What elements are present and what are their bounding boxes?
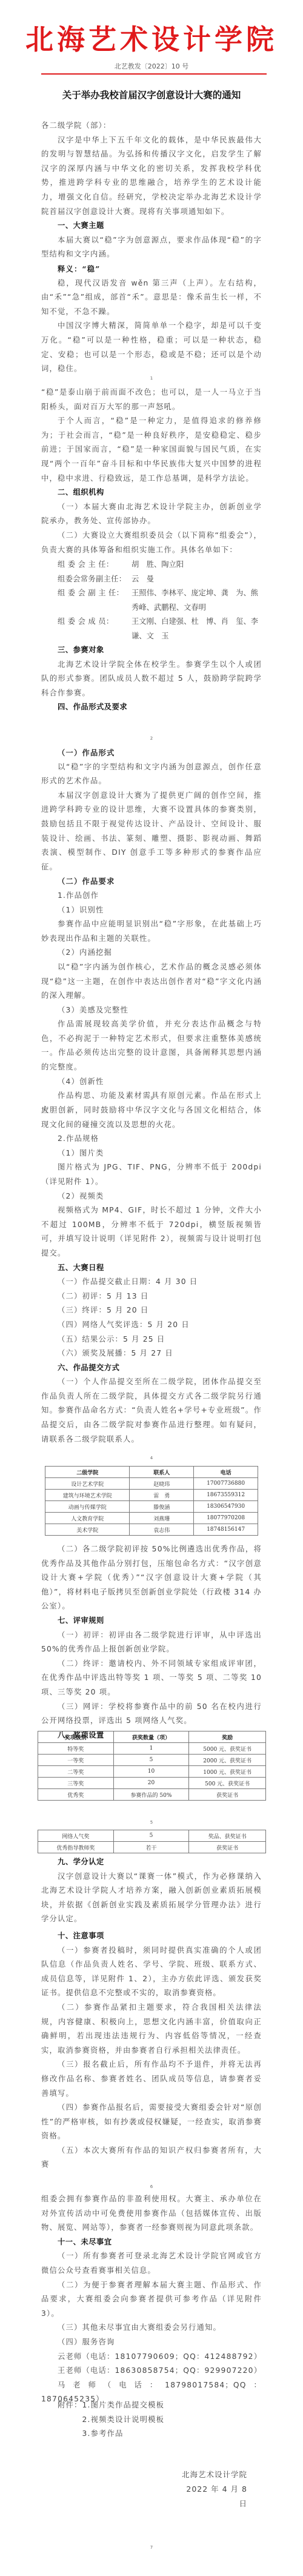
cell-award-count: 10	[113, 1766, 189, 1778]
req-innovation-heading: （4）创新性	[41, 1075, 262, 1089]
notes-item: （三）报名截止后，所有作品均不予退件，并将无法再修改作品名称、参赛者姓名、团队成…	[41, 2058, 262, 2101]
section-heading-credits: 九、学分认定	[41, 1855, 262, 1870]
table-row: 人文教育学院 刘燕珊 18077970208	[45, 1513, 258, 1524]
attachment-item: 3.参考作品	[82, 2427, 165, 2441]
misc-item: （三）其他未尽事宜由大赛组委会另行通知。	[41, 2321, 262, 2335]
notes-item-cont: 组委会拥有参赛作品的非盈利使用权。大赛主、承办单位在对外宣传活动中可免费使用参赛…	[41, 2192, 262, 2235]
table-header-row: 二级学院 联系人 电话	[45, 1467, 258, 1478]
page-number: 3	[0, 1096, 303, 1102]
cell-phone: 18748156147	[194, 1524, 258, 1536]
page-3-body: （一）作品形式 以“稳”字的字型结构和文字内涵为创意源点，创作任意形式的艺术作品…	[41, 746, 262, 1117]
column-header: 奖项级别	[38, 1731, 114, 1743]
section-heading-schedule: 五、大赛日程	[41, 1261, 262, 1276]
spec-video: 视频格式为 MP4、GIF，时长不超过 1 分钟，文件大小不超过 100MB，分…	[41, 1203, 262, 1260]
consult-contact: 王老师（电话：18630858754；QQ：929907220）	[41, 2364, 262, 2378]
section-heading-theme: 一、大赛主题	[41, 219, 262, 233]
preliminary-selection-paragraph: （二）各二级学院初评按 50%比例遴选出优秀作品，将优秀作品及其他作品分别打包，…	[41, 1542, 262, 1614]
contacts-table: 二级学院 联系人 电话 设计艺术学院 赵晓玮 17007736880 建筑与环境…	[45, 1466, 258, 1536]
cell-award-level: 特等奖	[38, 1743, 114, 1755]
schedule-item: （六）颁奖及展播：5 月 27 日	[41, 1347, 262, 1361]
notice-title: 关于举办我校首届汉字创意设计大赛的通知	[0, 89, 303, 102]
committee-role: 组 委 会 副 主 任：	[58, 586, 132, 615]
cell-award-prize: 2000 元、获奖证书	[189, 1755, 266, 1766]
cell-award-prize: 获奖证书	[189, 1789, 266, 1801]
table-row: 建筑与环境艺术学院 雷 勇 18673559312	[45, 1490, 258, 1501]
column-header: 二级学院	[45, 1467, 130, 1478]
table-row: 优秀指导教师奖 若干 获奖证书	[38, 1842, 266, 1853]
column-header: 奖励	[189, 1731, 266, 1743]
table-row: 网络人气奖 5 奖品、获奖证书	[38, 1830, 266, 1842]
signature-block: 北海艺术设计学院 2022 年 4 月 8 日	[179, 2467, 247, 2511]
document-number: 北艺教发〔2022〕10 号	[0, 62, 303, 72]
section-heading-requirements: 四、作品形式及要求	[41, 700, 262, 715]
section-heading-misc: 十一、未尽事宜	[41, 2235, 262, 2250]
cell-award-prize: 1000 元、获奖证书	[189, 1766, 266, 1778]
schedule-item: （五）结果公示：5 月 25 日	[41, 1333, 262, 1347]
organizer-paragraph: （一）本届大赛由北海艺术设计学院主办，创新创业学院承办，教务处、宣传部协办。	[41, 500, 262, 529]
cell-award-prize: 5000 元、获奖证书	[189, 1743, 266, 1755]
cell-award-count: 5	[113, 1830, 189, 1842]
notes-item: （二）参赛作品紧扣主题要求，符合我国相关法律法规，内容健康、积极向上，思想文化内…	[41, 2001, 262, 2058]
definition-paragraph: 稳，现代汉语发音 wěn 第三声（上声）。左右结构，由“禾”“急”组成，部首“禾…	[41, 276, 262, 319]
cell-phone: 17007736880	[194, 1478, 258, 1490]
credits-paragraph: 汉字创意设计大赛以“课赛一体”模式，作为必修课纳入北海艺术设计学院人才培养方案，…	[41, 1870, 262, 1927]
cell-award-count: 参赛作品的 50%	[113, 1789, 189, 1801]
cell-contact: 滕俊涵	[130, 1501, 194, 1513]
subheading-form: （一）作品形式	[41, 746, 262, 760]
signature-date: 2022 年 4 月 8 日	[179, 2482, 247, 2511]
cell-college: 设计艺术学院	[45, 1478, 130, 1490]
spec-video-heading: （2）视频类	[41, 1189, 262, 1204]
awards-table: 奖项级别 获奖数量（项） 奖励 特等奖 1 5000 元、获奖证书 一等奖 5 …	[38, 1731, 266, 1801]
cell-college: 美术学院	[45, 1524, 130, 1536]
misc-item: （四）服务咨询	[41, 2335, 262, 2350]
cell-phone: 18673559312	[194, 1490, 258, 1501]
cell-college: 建筑与环境艺术学院	[45, 1490, 130, 1501]
form-categories-paragraph: 本届汉字创意设计大赛为了提供更广阔的创作空间，推进跨学科跨专业的设计思维，大赛不…	[41, 789, 262, 875]
page-6-body: 九、学分认定 汉字创意设计大赛以“课赛一体”模式，作为必修课纳入北海艺术设计学院…	[41, 1855, 262, 2172]
committee-members: 胡 胜、陶立阳	[132, 558, 264, 572]
cell-award-level: 优秀指导教师奖	[38, 1842, 114, 1853]
section-heading-participants: 三、参赛对象	[41, 643, 262, 658]
cell-award-prize: 获奖证书	[189, 1842, 266, 1853]
committee-list: 组 委 会 主 任： 胡 胜、陶立阳 组委会常务副主任： 云 曼 组 委 会 副…	[58, 558, 264, 644]
committee-row: 组 委 会 成 员： 王文刚、白建强、杜 博、肖 玺、李 谦、文 玉	[58, 615, 264, 643]
committee-role: 组 委 会 主 任：	[58, 558, 132, 572]
cell-award-level: 优秀奖	[38, 1789, 114, 1801]
committee-row: 组 委 会 主 任： 胡 胜、陶立阳	[58, 558, 264, 572]
institution-masthead: 北海艺术设计学院	[0, 24, 303, 55]
page-4-body: 大胆创新，同时鼓励将中华汉字文化与各国文化相结合，体现文化间的碰撞交流以及思想的…	[41, 1103, 262, 1447]
cell-phone: 18077970208	[194, 1513, 258, 1524]
committee-members: 王照伟、李林平、庞定坤、龚 为、熊秀峰、武鹏程、文春明	[132, 586, 264, 615]
req-aesthetics-heading: （3）美感及完整性	[41, 1003, 262, 1018]
table-header-row: 奖项级别 获奖数量（项） 奖励	[38, 1731, 266, 1743]
theme-paragraph: 本届大赛以“稳”字为创意源点，要求作品体现“稳”的字型结构和文字内涵。	[41, 233, 262, 262]
section-heading-submission: 六、作品提交方式	[41, 1361, 262, 1376]
committee-role: 组委会常务副主任：	[58, 572, 132, 587]
cell-award-count: 20	[113, 1778, 189, 1789]
signature-org: 北海艺术设计学院	[179, 2467, 247, 2482]
page-2-body: “稳”是泰山崩于前而面不改色；也可以，是一人一马立于当阳桥头，面对百万大军的那一…	[41, 386, 262, 557]
cell-award-count: 若干	[113, 1842, 189, 1853]
page-2-body-cont: 三、参赛对象 北海艺术设计学院全体在校学生。参赛学生以个人或团队的形式参赛。团队…	[41, 643, 262, 715]
salutation: 各二级学院（部）：	[41, 119, 262, 133]
item-creation: 1.作品创作	[41, 889, 262, 903]
cell-phone: 18306547930	[194, 1501, 258, 1513]
column-header: 电话	[194, 1467, 258, 1478]
req-recognizability-heading: （1）识别性	[41, 903, 262, 918]
judging-final: （二）终评：邀请校内、外不同领域专家组成评审团，在优秀作品中评选出特等奖 1 项…	[41, 1657, 262, 1700]
cell-award-level: 一等奖	[38, 1755, 114, 1766]
table-row: 美术学院 袁志伟 18748156147	[45, 1524, 258, 1536]
column-header: 联系人	[130, 1467, 194, 1478]
participants-paragraph: 北海艺术设计学院全体在校学生。参赛学生以个人或团队的形式参赛。团队成员人数不超过…	[41, 658, 262, 701]
schedule-item: （二）初评：5 月 13 日	[41, 1290, 262, 1304]
cell-award-count: 5	[113, 1755, 189, 1766]
table-row: 一等奖 5 2000 元、获奖证书	[38, 1755, 266, 1766]
table-row: 设计艺术学院 赵晓玮 17007736880	[45, 1478, 258, 1490]
committee-row: 组委会常务副主任： 云 曼	[58, 572, 264, 587]
cell-award-count: 1	[113, 1743, 189, 1755]
definition-heading: 释义：“稳”	[41, 262, 262, 276]
meaning-paragraph: 中国汉字博大精深，简简单单一个稳字，却是可以千变万化。“稳”可以是一种性格，稳重…	[41, 319, 262, 376]
table-row: 二等奖 10 1000 元、获奖证书	[38, 1766, 266, 1778]
significance-paragraph: 于个人而言，“稳”是一种定力，是值得追求的修养修为；于社会而言，“稳”是一种良好…	[41, 414, 262, 486]
attachments-list: 附件： 1.图片类作品提交模板 2.视频类设计说明模板 3.参考作品	[58, 2398, 164, 2441]
cell-contact: 雷 勇	[130, 1490, 194, 1501]
cell-award-level: 二等奖	[38, 1766, 114, 1778]
committee-paragraph: （二）大赛设立大赛组织委员会（以下简称“组委会”），负责大赛的具体筹备和组织实施…	[41, 529, 262, 557]
page-1-body: 各二级学院（部）： 汉字是中华上下五千年文化的载体，是中华民族最伟大的发明与智慧…	[41, 119, 262, 376]
cell-award-level: 三等奖	[38, 1778, 114, 1789]
table-row: 优秀奖 参赛作品的 50% 获奖证书	[38, 1789, 266, 1801]
cell-college: 动画与传媒学院	[45, 1501, 130, 1513]
cell-contact: 袁志伟	[130, 1524, 194, 1536]
column-header: 获奖数量（项）	[113, 1731, 189, 1743]
spec-image: 图片格式为 JPG、TIF、PNG，分辨率不低于 200dpi（详见附件 1）。	[41, 1160, 262, 1189]
cell-award-prize: 奖品、获奖证书	[189, 1830, 266, 1842]
committee-members: 云 曼	[132, 572, 264, 587]
awards-table-continued: 网络人气奖 5 奖品、获奖证书 优秀指导教师奖 若干 获奖证书	[38, 1830, 266, 1853]
page-5-body: （二）各二级学院初评按 50%比例遴选出优秀作品，将优秀作品及其他作品分别打包，…	[41, 1542, 262, 1742]
page-number: 2	[0, 735, 303, 741]
notes-item: （一）参赛者投稿时，须同时提供真实准确的个人或团队信息（作品负责人姓名、学号、学…	[41, 1944, 262, 2001]
section-heading-judging: 七、评审规则	[41, 1614, 262, 1628]
req-connotation: 以“稳”字内涵为创作核心，艺术作品的概念灵感必须体现“稳”这一主题，在创作中表达…	[41, 960, 262, 1003]
notes-item: （五）本次大赛所有作品的知识产权归参赛者所有，大赛	[41, 2144, 262, 2172]
attachments-label: 附件：	[58, 2398, 82, 2441]
schedule-item: （三）终评：5 月 20 日	[41, 1303, 262, 1318]
table-row: 特等奖 1 5000 元、获奖证书	[38, 1743, 266, 1755]
schedule-item: （一）作品提交截止日期：4 月 30 日	[41, 1275, 262, 1290]
req-connotation-heading: （2）内涵挖掘	[41, 946, 262, 960]
attachment-item: 1.图片类作品提交模板	[82, 2398, 165, 2413]
committee-role: 组 委 会 成 员：	[58, 615, 132, 643]
table-row: 动画与传媒学院 滕俊涵 18306547930	[45, 1501, 258, 1513]
judging-initial: （一）初评：初评由各二级学院进行评审，从中评选出 50%的优秀作品上报创新创业学…	[41, 1628, 262, 1657]
page-number: 5	[0, 1819, 303, 1825]
section-heading-notes: 十、注意事项	[41, 1929, 262, 1944]
committee-row: 组 委 会 副 主 任： 王照伟、李林平、庞定坤、龚 为、熊秀峰、武鹏程、文春明	[58, 586, 264, 615]
table-row: 三等奖 20 500 元、获奖证书	[38, 1778, 266, 1789]
page-number: 6	[0, 2184, 303, 2190]
red-divider	[41, 73, 267, 75]
req-aesthetics: 作品需展现较高美学价值，并充分表达作品概念与特色，不必拘泥于一种特定艺术形式，但…	[41, 1017, 262, 1074]
cell-award-level: 网络人气奖	[38, 1830, 114, 1842]
misc-item: （二）为便于参赛者理解本届大赛主题、作品形式、作品要求，大赛组委会向参赛者提供可…	[41, 2278, 262, 2321]
consult-contact: 云老师（电话：18107790609；QQ：412488792）	[41, 2350, 262, 2364]
page-7-body: 组委会拥有参赛作品的非盈利使用权。大赛主、承办单位在对外宣传活动中可免费使用参赛…	[41, 2192, 262, 2407]
page-number: 4	[0, 1455, 303, 1461]
req-recognizability: 参赛作品中应能明显识别出“稳”字形象，在此基础上巧妙表现出作品和主题的关联性。	[41, 917, 262, 946]
subheading-requirements: （二）作品要求	[41, 874, 262, 889]
committee-members: 王文刚、白建强、杜 博、肖 玺、李 谦、文 玉	[132, 615, 264, 643]
page-number: 1	[0, 375, 303, 381]
intro-paragraph: 汉字是中华上下五千年文化的载体，是中华民族最伟大的发明与智慧结晶。为弘扬和传播汉…	[41, 133, 262, 219]
cell-contact: 刘燕珊	[130, 1513, 194, 1524]
item-specs: 2.作品规格	[41, 1132, 262, 1146]
spec-image-heading: （1）图片类	[41, 1146, 262, 1161]
judging-online: （三）网评：学校将参赛作品中的前 50 名在校内进行公开网络投票，评选出 5 项…	[41, 1700, 262, 1728]
submission-paragraph: （一）个人作品提交至所在二级学院，团体作品提交至作品负责人所在二级学院，具体提交…	[41, 1375, 262, 1447]
misc-item: （一）所有参赛者可登录北海艺术设计学院官网或官方微信公众号查看赛事相关信息。	[41, 2249, 262, 2278]
form-paragraph: 以“稳”字的字型结构和文字内涵为创意源点，创作任意形式的艺术作品。	[41, 760, 262, 789]
cell-college: 人文教育学院	[45, 1513, 130, 1524]
schedule-item: （四）网络人气奖评选：5 月 20 日	[41, 1318, 262, 1333]
notes-item: （四）参赛作品报名后，需要接受大赛组委会针对“原创性”的严格审核，如有抄袭或侵权…	[41, 2101, 262, 2144]
attachment-item: 2.视频类设计说明模板	[82, 2413, 165, 2427]
cell-contact: 赵晓玮	[130, 1478, 194, 1490]
meaning-paragraph-cont: “稳”是泰山崩于前而面不改色；也可以，是一人一马立于当阳桥头，面对百万大军的那一…	[41, 386, 262, 414]
page-number: 7	[0, 2544, 303, 2551]
req-innovation-cont: 大胆创新，同时鼓励将中华汉字文化与各国文化相结合，体现文化间的碰撞交流以及思想的…	[41, 1103, 262, 1132]
section-heading-organization: 二、组织机构	[41, 486, 262, 500]
cell-award-prize: 500 元、获奖证书	[189, 1778, 266, 1789]
